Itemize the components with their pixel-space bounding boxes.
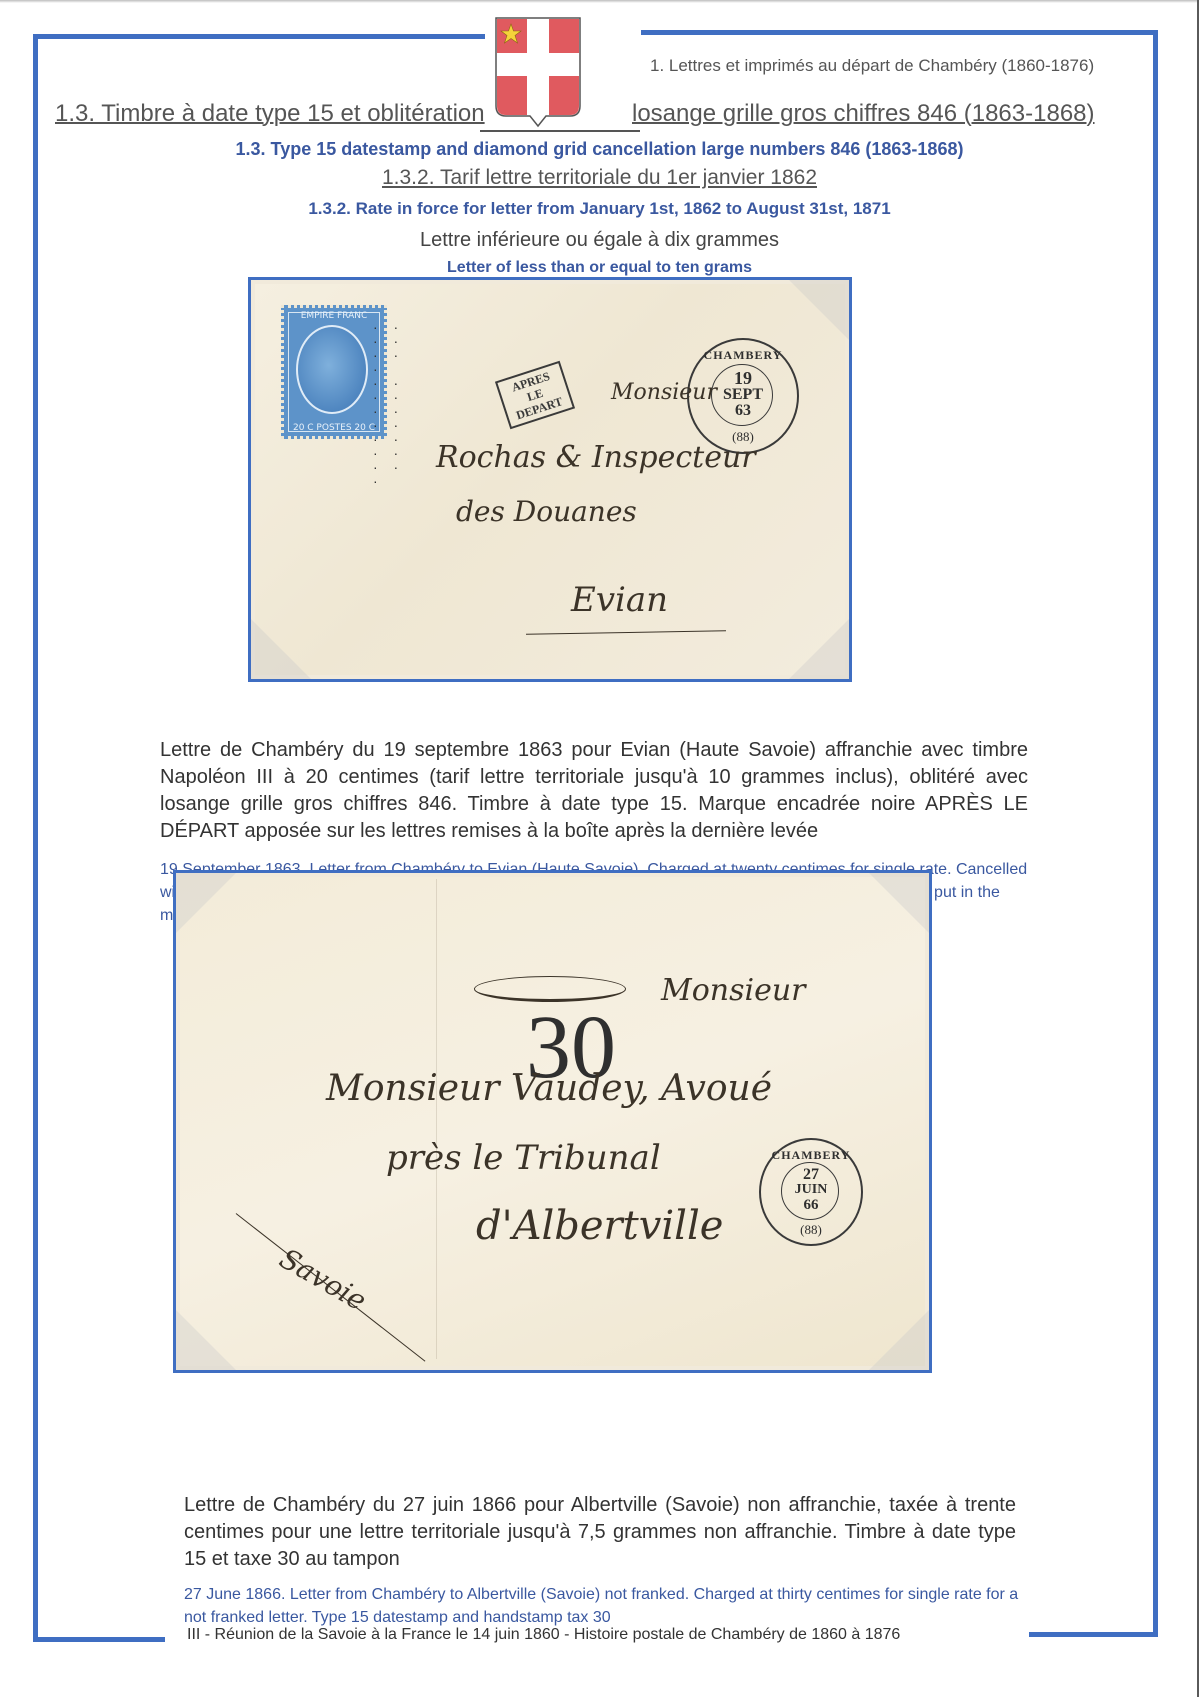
cover-1-image: EMPIRE FRANC 20 C POSTES 20 C · · · ·· ·… (248, 277, 852, 682)
address-line-1: Monsieur (661, 973, 806, 1008)
subtitle-english: 1.3.2. Rate in force for letter from Jan… (0, 199, 1199, 219)
cover-1-description-french: Lettre de Chambéry du 19 septembre 1863 … (160, 737, 1028, 845)
section-label: 1. Lettres et imprimés au départ de Cham… (650, 56, 1094, 76)
portrait-medallion (296, 325, 368, 414)
subtitle-french: 1.3.2. Tarif lettre territoriale du 1er … (0, 166, 1199, 190)
page-title-part2: losange grille gros chiffres 846 (1863-1… (632, 100, 1095, 128)
address-line-2: Rochas & Inspecteur (436, 440, 756, 475)
stamp-bottom-text: 20 C POSTES 20 C (284, 423, 384, 433)
frame-bottom-left (38, 1637, 165, 1642)
datestamp-town: CHAMBERY (689, 348, 797, 363)
title-underline-bridge (480, 130, 640, 132)
address-line-4: d'Albertville (476, 1203, 723, 1249)
address-line-2: Monsieur Vaudey, Avoué (326, 1068, 772, 1109)
datestamp-town: CHAMBERY (761, 1148, 861, 1163)
scan-top-edge (0, 0, 1199, 3)
page-title-part1: 1.3. Timbre à date type 15 et oblitérati… (55, 100, 485, 128)
address-line-1: Monsieur (611, 380, 717, 405)
address-line-3: près le Tribunal (386, 1138, 661, 1178)
page-footer: III - Réunion de la Savoie à la France l… (187, 1626, 900, 1644)
address-line-4: Evian (571, 580, 668, 620)
weight-french: Lettre inférieure ou égale à dix grammes (0, 229, 1199, 252)
fold-line (436, 879, 437, 1359)
page-title-english: 1.3. Type 15 datestamp and diamond grid … (0, 139, 1199, 160)
datestamp-month: JUIN (761, 1182, 861, 1198)
frame-top-left (33, 34, 485, 39)
datestamp-dept: (88) (761, 1222, 861, 1238)
cover-2-description-french: Lettre de Chambéry du 27 juin 1866 pour … (184, 1492, 1016, 1573)
savoy-coat-of-arms-icon (494, 16, 582, 128)
datestamp-year: 66 (761, 1197, 861, 1214)
address-line-3: des Douanes (456, 495, 637, 528)
weight-english: Letter of less than or equal to ten gram… (0, 259, 1199, 277)
letter-paper (180, 877, 925, 1366)
napoleon-stamp: EMPIRE FRANC 20 C POSTES 20 C (281, 305, 387, 439)
cover-2-image: 30 Monsieur Monsieur Vaudey, Avoué près … (173, 870, 932, 1373)
cover-2-description-english: 27 June 1866. Letter from Chambéry to Al… (184, 1583, 1024, 1629)
stamp-top-text: EMPIRE FRANC (284, 311, 384, 321)
frame-bottom-right (1029, 1632, 1158, 1637)
frame-top-right (641, 30, 1158, 35)
chambery-datestamp: CHAMBERY 27 JUIN 66 (88) (759, 1138, 863, 1246)
diamond-grid-cancel: · · · ·· · ·· · · ·· · · ·· · · ·· · · (373, 320, 413, 488)
